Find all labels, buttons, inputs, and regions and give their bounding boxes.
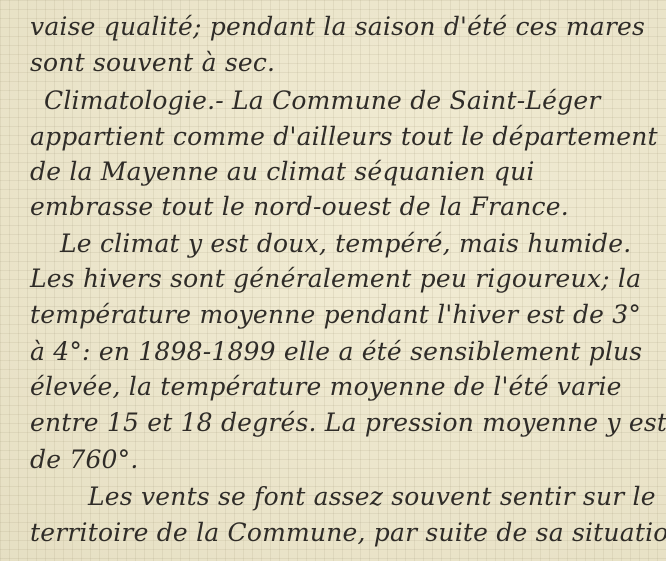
text-line-9: température moyenne pendant l'hiver est … (30, 302, 641, 327)
text-line-4: appartient comme d'ailleurs tout le dépa… (30, 124, 658, 149)
text-line-2: sont souvent à sec. (30, 50, 275, 75)
text-line-5: de la Mayenne au climat séquanien qui (30, 159, 535, 184)
paragraph-start-vents: Les vents se font assez souvent sentir s… (88, 484, 656, 509)
text-line-12: entre 15 et 18 degrés. La pression moyen… (30, 410, 666, 435)
text-line-1: vaise qualité; pendant la saison d'été c… (30, 14, 645, 39)
text-line-10: à 4°: en 1898-1899 elle a été sensibleme… (30, 339, 642, 364)
text-line-11: élevée, la température moyenne de l'été … (30, 374, 622, 399)
paragraph-start-climat: Le climat y est doux, tempéré, mais humi… (60, 231, 631, 256)
section-heading-climatologie: Climatologie.- La Commune de Saint-Léger (44, 88, 601, 113)
handwritten-page: vaise qualité; pendant la saison d'été c… (0, 0, 666, 561)
text-line-13: de 760°. (30, 447, 139, 472)
text-line-6: embrasse tout le nord-ouest de la France… (30, 194, 569, 219)
text-line-8: Les hivers sont généralement peu rigoure… (30, 266, 641, 291)
text-line-15: territoire de la Commune, par suite de s… (30, 520, 666, 545)
